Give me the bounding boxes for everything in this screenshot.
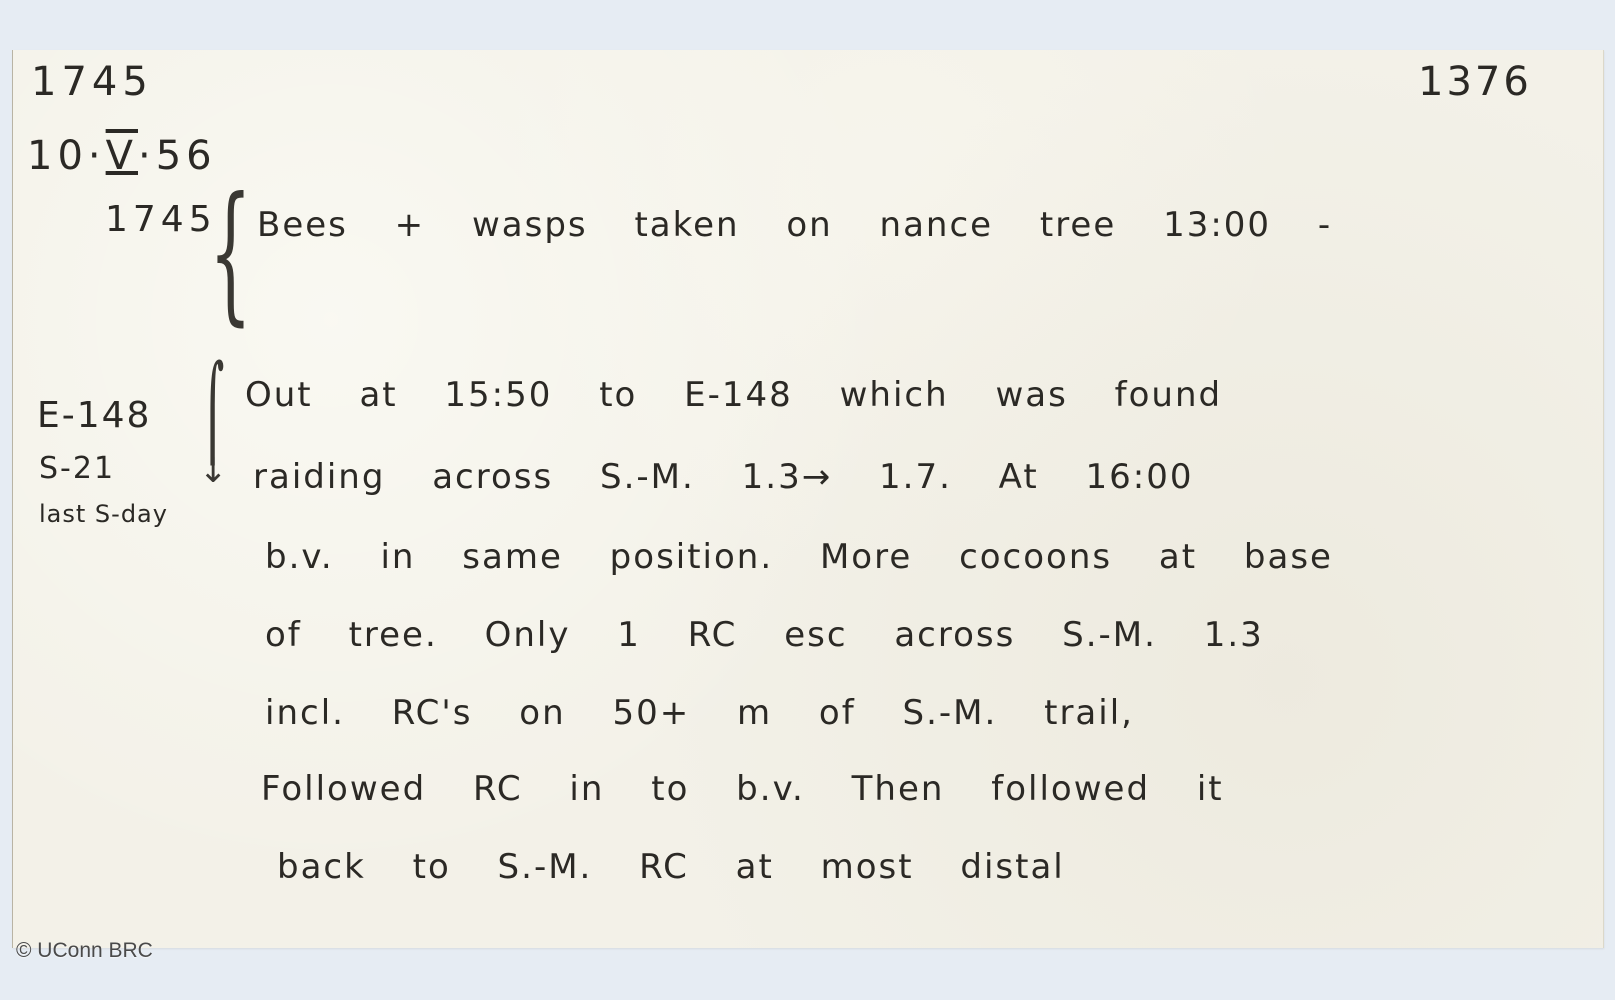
curly-brace-icon: { xyxy=(209,178,252,328)
arrow-down-icon: ↓ xyxy=(199,454,228,488)
copyright-notice: © UConn BRC xyxy=(16,939,153,963)
entry-1-margin-label: 1745 xyxy=(105,202,217,238)
card-date: 10·V·56 xyxy=(27,136,217,176)
entry-2-colony-label: E-148 xyxy=(37,398,151,434)
entry-2-line-5: incl. RC's on 50+ m of S.-M. trail, xyxy=(265,696,1134,730)
index-card: 1745 1376 10·V·56 1745 { Bees + wasps ta… xyxy=(13,50,1604,948)
card-number-top-left: 1745 xyxy=(31,62,153,102)
date-day: 10 xyxy=(27,133,88,179)
entry-2-line-4: of tree. Only 1 RC esc across S.-M. 1.3 xyxy=(265,618,1264,652)
entry-1-line-1: Bees + wasps taken on nance tree 13:00 - xyxy=(257,208,1332,242)
entry-2-line-3: b.v. in same position. More cocoons at b… xyxy=(265,540,1333,574)
entry-2-note-label: last S-day xyxy=(39,502,168,526)
entry-2-line-6: Followed RC in to b.v. Then followed it xyxy=(261,772,1224,806)
entry-2-line-7: back to S.-M. RC at most distal xyxy=(277,850,1065,884)
card-number-top-right: 1376 xyxy=(1418,62,1532,102)
entry-2-line-1: Out at 15:50 to E-148 which was found xyxy=(245,378,1222,412)
date-year: 56 xyxy=(156,133,217,179)
entry-2-stage-label: S-21 xyxy=(39,454,115,484)
date-month: V xyxy=(106,133,138,179)
entry-2-line-2: raiding across S.-M. 1.3→ 1.7. At 16:00 xyxy=(253,460,1193,494)
bracket-arrow-icon: ⌠ xyxy=(201,368,224,458)
